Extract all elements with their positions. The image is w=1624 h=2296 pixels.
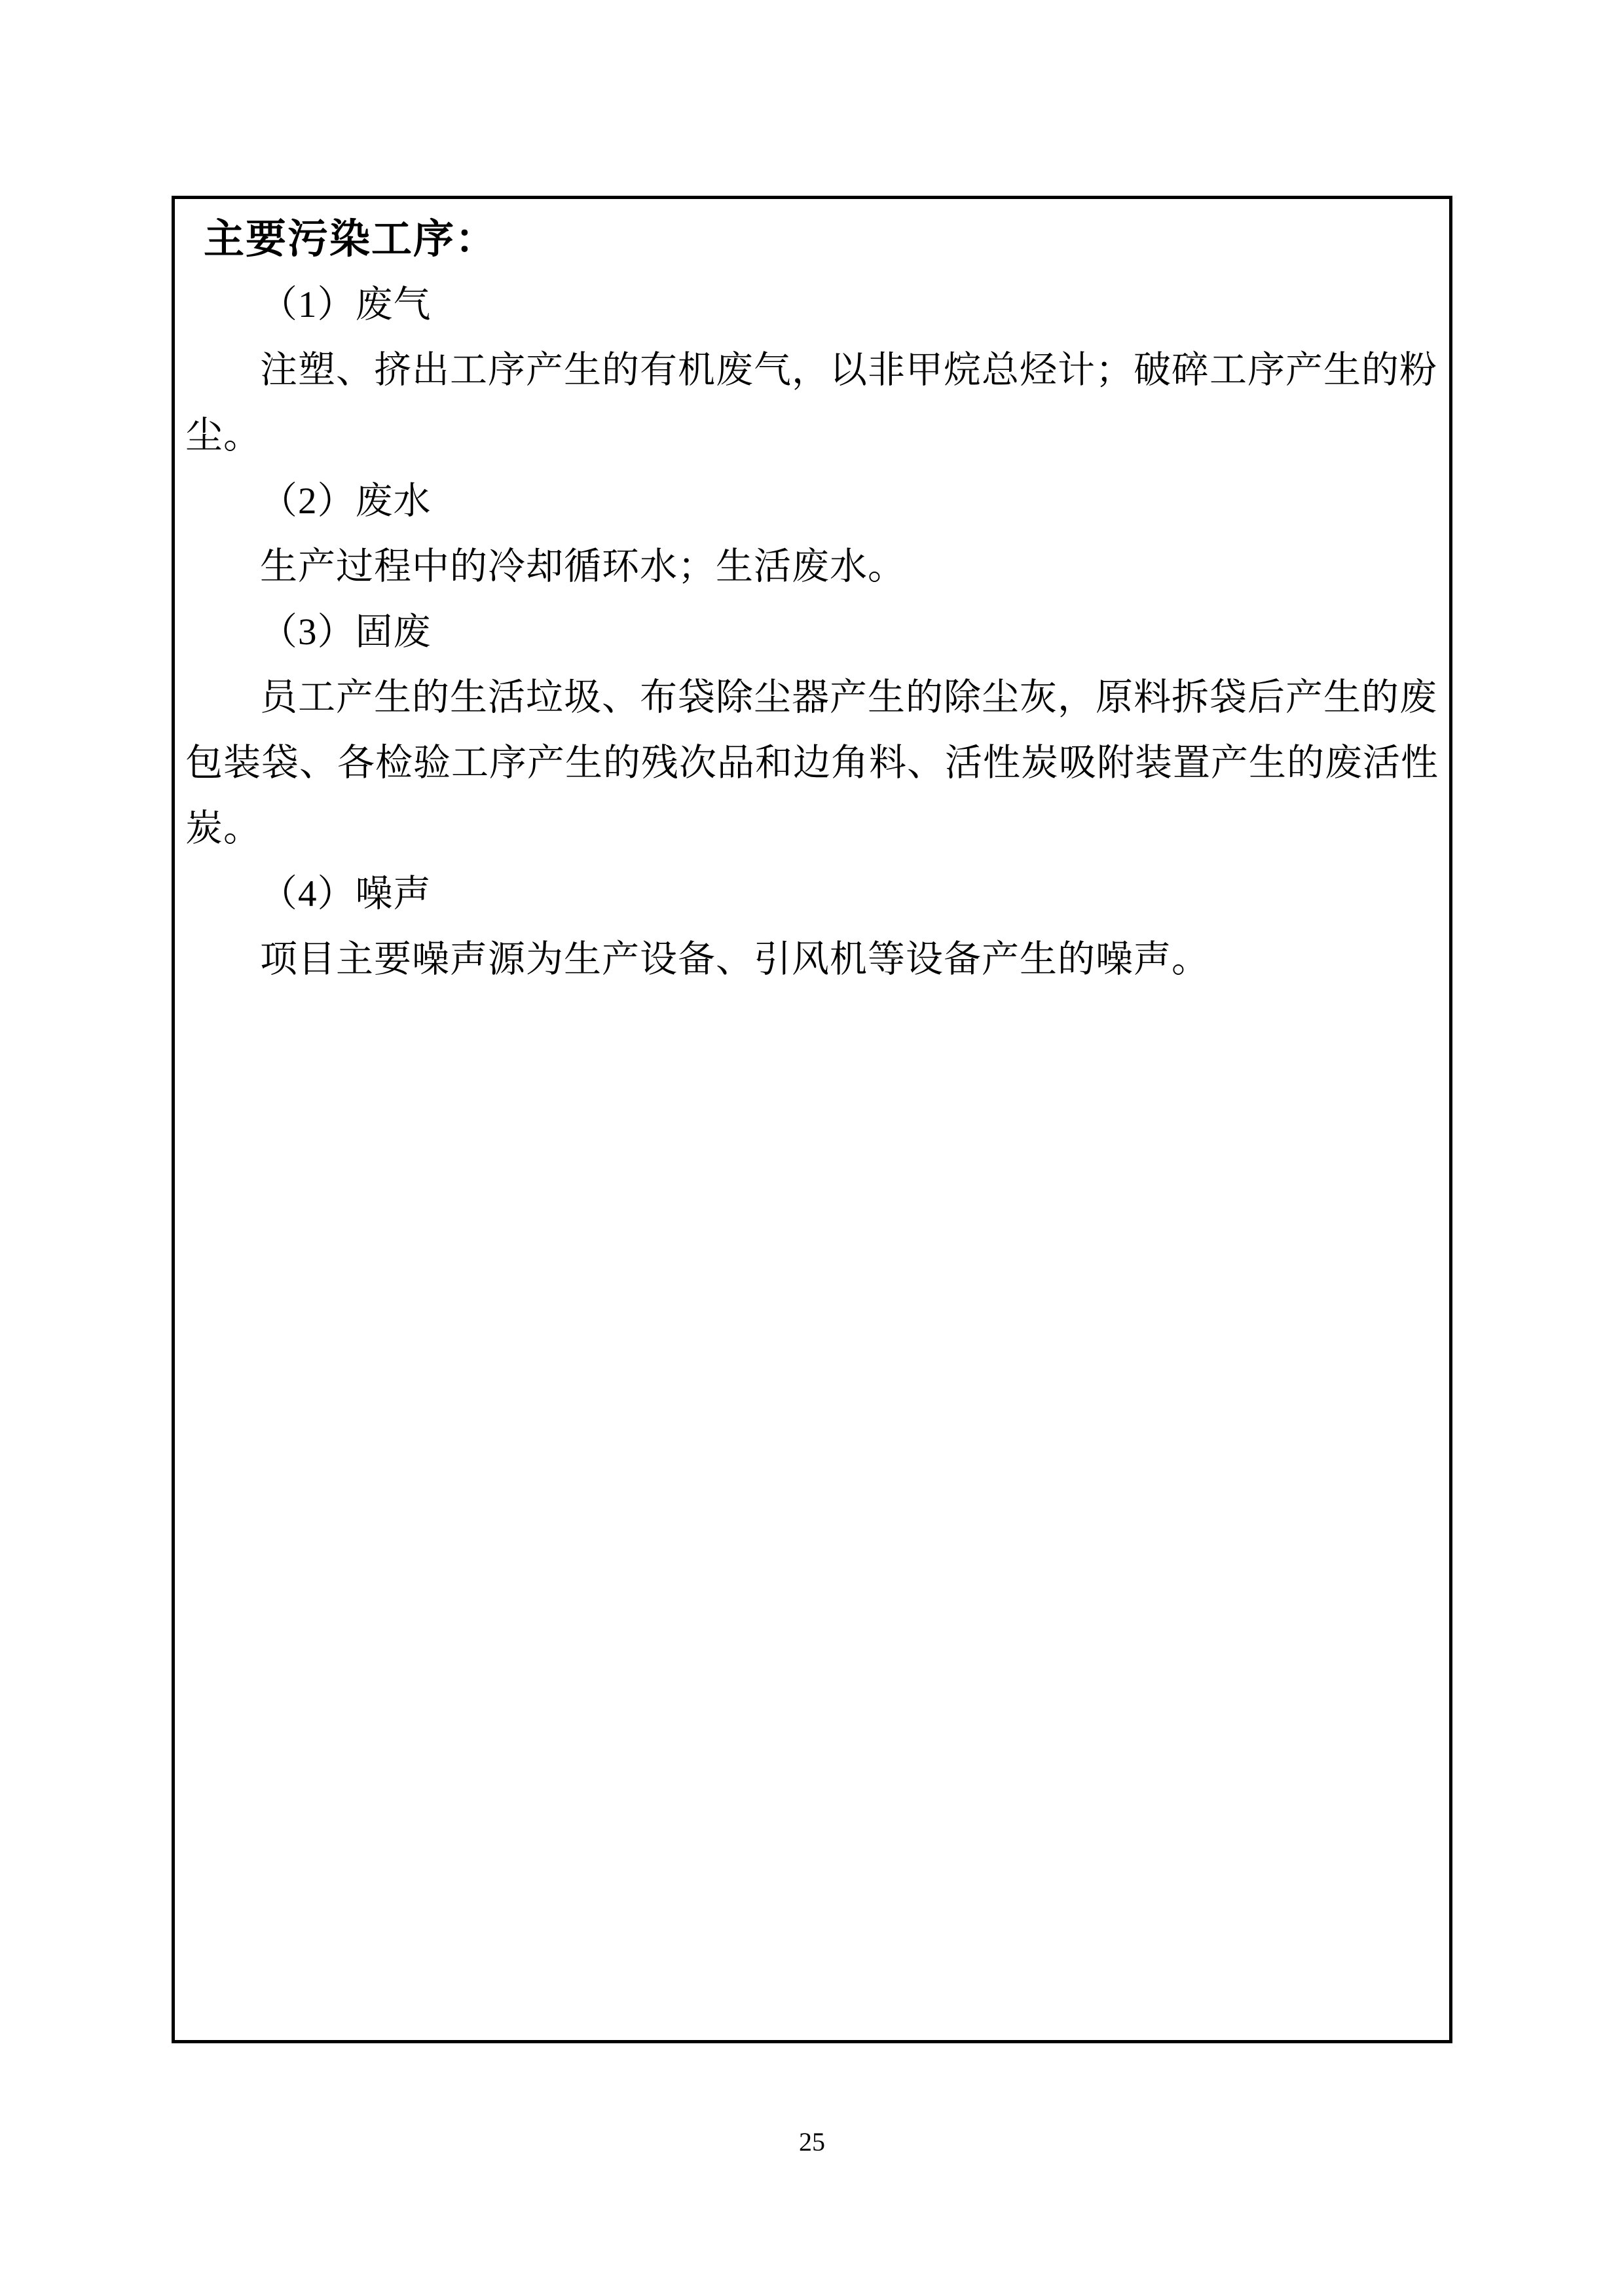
page-number: 25 <box>0 2126 1624 2158</box>
item-1-body-line-1: 注塑、挤出工序产生的有机废气，以非甲烷总烃计；破碎工序产生的粉 <box>175 338 1449 403</box>
item-2-body-line-1: 生产过程中的冷却循环水；生活废水。 <box>175 534 1449 600</box>
item-4-body-line-1: 项目主要噪声源为生产设备、引风机等设备产生的噪声。 <box>175 927 1449 993</box>
document-page: 主要污染工序： （1）废气 注塑、挤出工序产生的有机废气，以非甲烷总烃计；破碎工… <box>0 0 1624 2296</box>
item-1-body-line-2: 尘。 <box>175 403 1449 469</box>
content-border-box: 主要污染工序： （1）废气 注塑、挤出工序产生的有机废气，以非甲烷总烃计；破碎工… <box>172 196 1452 2043</box>
item-4-title: （4）噪声 <box>175 862 1449 927</box>
section-heading: 主要污染工序： <box>175 207 1449 272</box>
item-3-body-line-1: 员工产生的生活垃圾、布袋除尘器产生的除尘灰，原料拆袋后产生的废 <box>175 665 1449 731</box>
item-3-body-line-2: 包装袋、各检验工序产生的残次品和边角料、活性炭吸附装置产生的废活性 <box>175 731 1449 796</box>
item-3-title: （3）固废 <box>175 600 1449 665</box>
item-3-body-line-3: 炭。 <box>175 796 1449 862</box>
item-2-title: （2）废水 <box>175 469 1449 534</box>
item-1-title: （1）废气 <box>175 272 1449 338</box>
